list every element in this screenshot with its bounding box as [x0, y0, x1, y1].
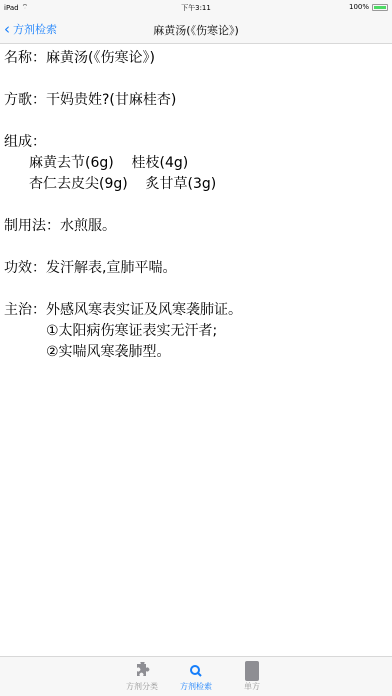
formula-name: 名称：麻黄汤(《伤寒论》): [4, 48, 388, 69]
effect: 功效：发汗解表,宣肺平喘。: [4, 258, 388, 279]
indication: 主治：外感风寒表实证及风寒袭肺证。: [4, 300, 388, 321]
navigation-bar: ‹ 方剂检索 麻黄汤(《伤寒论》): [0, 14, 392, 44]
tab-label: 方剂分类: [117, 681, 167, 692]
composition-label: 组成：: [4, 132, 388, 153]
status-time: 下午3:11: [0, 3, 392, 13]
status-bar: iPad ⌔ 下午3:11 100%: [0, 0, 392, 14]
composition-line: 杏仁去皮尖(9g) 炙甘草(3g): [4, 174, 388, 195]
indication-line: ①太阳病伤寒证表实无汗者;: [4, 321, 388, 342]
battery-percent: 100%: [349, 3, 369, 11]
tab-search[interactable]: 方剂检索: [171, 661, 221, 692]
search-icon: [171, 661, 221, 681]
formula-detail: 名称：麻黄汤(《伤寒论》) 方歌：干妈贵姓?(甘麻桂杏) 组成： 麻黄去节(6g…: [4, 48, 388, 363]
square-icon: [227, 661, 277, 681]
tab-bar: 方剂分类 方剂检索 单方: [0, 656, 392, 696]
formula-song: 方歌：干妈贵姓?(甘麻桂杏): [4, 90, 388, 111]
tab-classification[interactable]: 方剂分类: [117, 661, 167, 692]
indication-line: ②实喘风寒袭肺型。: [4, 342, 388, 363]
battery-icon: [372, 4, 388, 11]
preparation: 制用法：水煎服。: [4, 216, 388, 237]
tab-label: 单方: [227, 681, 277, 692]
page-title: 麻黄汤(《伤寒论》): [0, 22, 392, 38]
puzzle-icon: [117, 661, 167, 681]
tab-single-prescription[interactable]: 单方: [227, 661, 277, 692]
tab-label: 方剂检索: [171, 681, 221, 692]
composition-line: 麻黄去节(6g) 桂枝(4g): [4, 153, 388, 174]
